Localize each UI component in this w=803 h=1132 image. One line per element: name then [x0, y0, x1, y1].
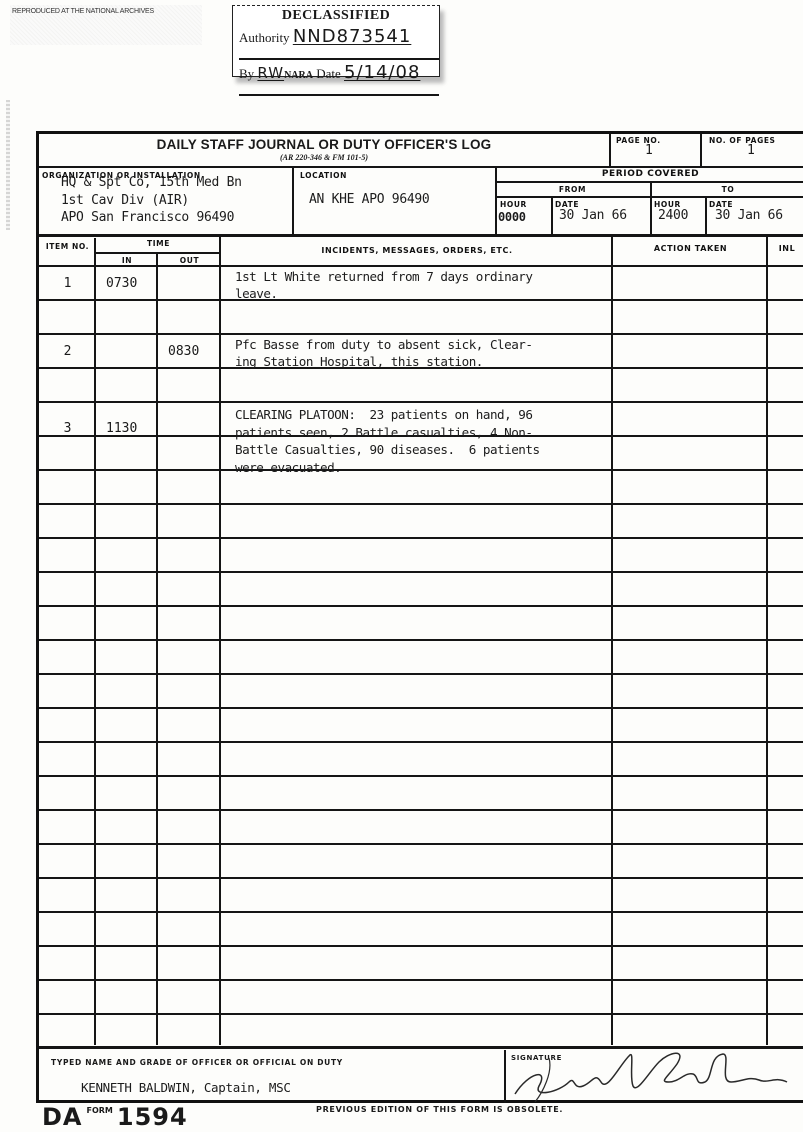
form-number: DAFORM1594 [42, 1103, 188, 1131]
table-row[interactable] [39, 607, 803, 641]
col-inl: INL [768, 244, 803, 253]
table-row[interactable]: 1 0730 1st Lt White returned from 7 days… [39, 267, 803, 301]
officer-value: KENNETH BALDWIN, Captain, MSC [81, 1080, 291, 1095]
incident-cell: Pfc Basse from duty to absent sick, Clea… [221, 335, 613, 367]
col-incidents: INCIDENTS, MESSAGES, ORDERS, ETC. [221, 246, 613, 255]
item-no: 3 [39, 421, 96, 436]
table-row[interactable] [39, 743, 803, 777]
to-hour-value: 2400 [658, 208, 688, 223]
table-row[interactable] [39, 573, 803, 607]
time-in: 0730 [106, 276, 137, 291]
time-out: 0830 [168, 344, 199, 359]
divider [292, 166, 294, 236]
stamp-nara-label: NARA [284, 70, 313, 81]
stamp-date-label: Date [316, 66, 341, 81]
time-out-cell: 0830 [158, 335, 221, 367]
col-out: OUT [158, 256, 221, 265]
officer-label: TYPED NAME AND GRADE OF OFFICER OR OFFIC… [51, 1058, 343, 1067]
time-in: 1130 [106, 421, 137, 436]
page-no-value: 1 [645, 143, 653, 158]
page-no-label: PAGE NO. [616, 136, 661, 145]
to-label: TO [650, 185, 803, 194]
period-covered-label: PERIOD COVERED [495, 169, 803, 179]
form-word: FORM [87, 1106, 113, 1115]
stamp-title: DECLASSIFIED [233, 8, 439, 24]
location-value: AN KHE APO 96490 [309, 192, 429, 207]
divider [650, 181, 652, 236]
signature-image [509, 1042, 799, 1102]
form-title: DAILY STAFF JOURNAL OR DUTY OFFICER'S LO… [39, 137, 609, 152]
divider [96, 252, 221, 254]
divider [551, 196, 553, 236]
incident-text: CLEARING PLATOON: 23 patients on hand, 9… [235, 406, 615, 476]
item-no: 1 [39, 276, 96, 291]
table-row[interactable] [39, 675, 803, 709]
stamp-by-value: RW [257, 64, 284, 82]
table-row[interactable] [39, 471, 803, 505]
table-row[interactable] [39, 505, 803, 539]
time-in-cell: 0730 [96, 267, 158, 299]
organization-line-2: 1st Cav Div (AIR) [61, 193, 189, 208]
table-row[interactable] [39, 845, 803, 879]
stamp-by-row: By RWNARA Date 5/14/08 [239, 62, 439, 96]
col-time: TIME [96, 239, 221, 248]
organization-line-1: HQ & Spt Co, 15th Med Bn [61, 175, 242, 190]
table-row[interactable] [39, 709, 803, 743]
divider [504, 1050, 506, 1103]
from-hour-label: HOUR [500, 200, 527, 209]
table-row[interactable] [39, 777, 803, 811]
stamp-by-label: By [239, 66, 254, 81]
declassified-stamp: DECLASSIFIED Authority NND873541 By RWNA… [232, 5, 440, 77]
table-row[interactable] [39, 539, 803, 573]
table-row[interactable]: 2 0830 Pfc Basse from duty to absent sic… [39, 335, 803, 369]
incident-cell: CLEARING PLATOON: 23 patients on hand, 9… [221, 403, 613, 435]
divider [39, 166, 803, 168]
table-row[interactable] [39, 811, 803, 845]
archive-note: REPRODUCED AT THE NATIONAL ARCHIVES [12, 8, 154, 15]
divider [495, 196, 803, 198]
item-cell: 2 [39, 335, 96, 367]
time-out-cell [158, 267, 221, 299]
stamp-authority-row: Authority NND873541 [239, 26, 439, 60]
no-of-pages-label: NO. OF PAGES [709, 136, 776, 145]
incident-text: 1st Lt White returned from 7 days ordina… [235, 269, 615, 302]
divider [39, 234, 803, 237]
item-cell: 1 [39, 267, 96, 299]
divider [700, 134, 702, 168]
col-in: IN [96, 256, 158, 265]
obsolete-note: PREVIOUS EDITION OF THIS FORM IS OBSOLET… [316, 1105, 563, 1114]
location-label: LOCATION [300, 171, 347, 180]
table-row[interactable] [39, 879, 803, 913]
from-date-value: 30 Jan 66 [559, 208, 627, 223]
incident-text: Pfc Basse from duty to absent sick, Clea… [235, 337, 615, 370]
form-subtitle: (AR 220-346 & FM 101-5) [39, 153, 609, 162]
form-number-value: 1594 [117, 1103, 188, 1131]
table-row[interactable] [39, 369, 803, 403]
table-row[interactable] [39, 641, 803, 675]
divider [495, 181, 803, 183]
incident-cell: 1st Lt White returned from 7 days ordina… [221, 267, 613, 299]
time-in-cell [96, 335, 158, 367]
table-row[interactable] [39, 913, 803, 947]
col-action-taken: ACTION TAKEN [613, 244, 768, 253]
form-prefix: DA [42, 1103, 83, 1131]
log-rows: 1 0730 1st Lt White returned from 7 days… [39, 267, 803, 1049]
item-no: 2 [39, 344, 96, 359]
stamp-authority-value: NND873541 [293, 26, 412, 47]
divider [609, 134, 611, 168]
item-cell: 3 [39, 403, 96, 435]
from-hour-value: 0000 [498, 210, 526, 224]
stamp-authority-label: Authority [239, 30, 290, 45]
no-of-pages-value: 1 [747, 143, 755, 158]
table-row[interactable] [39, 301, 803, 335]
from-label: FROM [495, 185, 650, 194]
stamp-date-value: 5/14/08 [344, 62, 420, 83]
organization-line-3: APO San Francisco 96490 [61, 210, 234, 225]
divider [705, 196, 707, 236]
col-item-no: ITEM NO. [39, 242, 96, 252]
table-row[interactable]: 3 1130 CLEARING PLATOON: 23 patients on … [39, 403, 803, 437]
duty-log-form: DAILY STAFF JOURNAL OR DUTY OFFICER'S LO… [36, 131, 803, 1103]
table-row[interactable] [39, 981, 803, 1015]
scan-edge [6, 100, 10, 230]
table-row[interactable] [39, 947, 803, 981]
to-date-value: 30 Jan 66 [715, 208, 783, 223]
time-in-cell: 1130 [96, 403, 158, 435]
